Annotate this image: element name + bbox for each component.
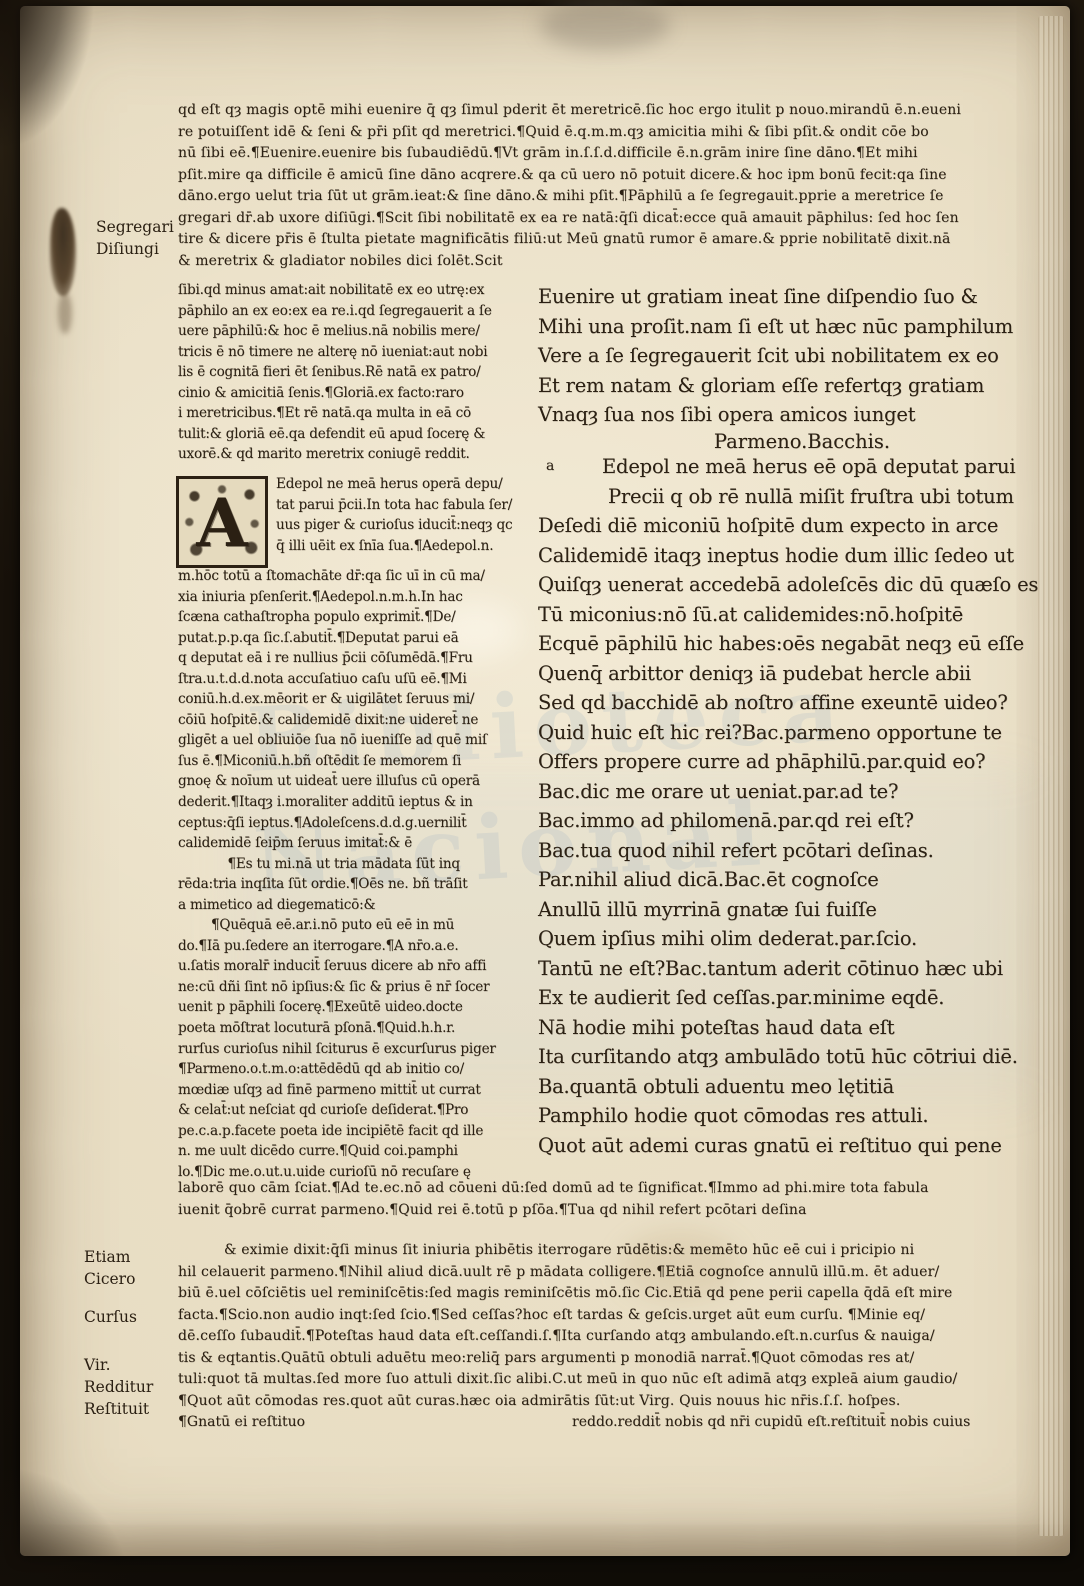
play-text-stanza1: Euenire ut gratiam ineat ſine diſpendio … <box>538 282 1066 430</box>
commentary-line: ceptus:q̄ſi ieptus.¶Adoleſcens.d.d.g.uer… <box>178 813 540 834</box>
play-verse-line: Sed qd bacchidē ab noſtro affine exeuntē… <box>538 688 1068 718</box>
play-verse-line: Ecquē pāphilū hic habes:oēs negabāt neqȝ… <box>538 629 1068 659</box>
commentary-line: dāno.ergo uelut tria ſūt ut grām.ieat:& … <box>178 186 1068 208</box>
commentary-line: lis ē cognitā fieri ēt ſenibus.Rē natā e… <box>178 362 540 383</box>
play-verse-line: Pamphilo hodie quot cōmodas res attuli. <box>538 1101 1068 1131</box>
play-text-stanza3: Deſedi diē miconiū hoſpitē dum expecto i… <box>538 511 1068 1160</box>
commentary-line: qd eſt qȝ magis optē mihi euenire q̄ qȝ … <box>178 100 1068 122</box>
play-verse-line: Quiſqȝ uenerat accedebā adoleſcēs dic dū… <box>538 570 1068 600</box>
commentary-line: laborē quo cām ſciat.¶Ad te.ec.nō ad cōu… <box>178 1178 1068 1200</box>
play-verse-line: Vnaqȝ ſua nos ſibi opera amicos iunget <box>538 400 1066 430</box>
play-verse-line: Ita curſitando atqȝ ambulādo totū hūc cō… <box>538 1042 1068 1072</box>
initial-paragraph-lines: Edepol ne meā herus operā depu/tat parui… <box>276 472 512 568</box>
margin-note-vir: Vir. <box>84 1354 111 1376</box>
play-verse-line: Anullū illū myrrinā gnatæ ſui fuiſſe <box>538 895 1068 925</box>
commentary-line: n. me uult dicēdo curre.¶Quid coi.pamphi <box>178 1141 540 1162</box>
commentary-line: dederit.¶Itaqȝ i.moraliter additū ieptus… <box>178 792 540 813</box>
play-verse-line: Ex te audierit ſed ceſſas.par.minime eqd… <box>538 983 1068 1013</box>
commentary-line: & celat̄:ut neſciat qd curioſe deſiderat… <box>178 1100 540 1121</box>
final-line-left: ¶Gnatū ei reſtituo <box>178 1412 305 1434</box>
commentary-line: i meretricibus.¶Et rē natā.qa multa in e… <box>178 403 540 424</box>
commentary-line: rurſus curioſus nihil ſciturus ē excurſu… <box>178 1039 540 1060</box>
commentary-line: nū ſibi eē.¶Euenire.euenire bis ſubaudiē… <box>178 143 1068 165</box>
play-verse-line: Edepol ne meā herus eē opā deputat parui <box>602 452 1066 482</box>
commentary-line: q deputat eā i re nullius p̄cii cōſumēdā… <box>178 648 540 669</box>
commentary-line: rēda:tria inqſita ſūt ordie.¶Oēs ne. bñ … <box>178 874 540 895</box>
commentary-line: uenit p pāphili ſocerę.¶Exeūtē uideo.doc… <box>178 997 540 1018</box>
commentary-line: tuli:quot tā multas.ſed more ſuo attuli … <box>178 1369 1068 1391</box>
play-verse-line: Par.nihil aliud dicā.Bac.ēt cognoſce <box>538 865 1068 895</box>
commentary-line: uus piger & curioſus iducit̄:neqȝ qc <box>276 515 512 536</box>
commentary-line: & meretrix & gladiator nobiles dici ſolē… <box>178 251 1068 273</box>
margin-note-etiam: Etiam <box>84 1246 130 1268</box>
commentary-line: ne:cū dñi ſint nō ipſius:& ſic & prius ē… <box>178 977 540 998</box>
commentary-line: ſtra.u.t.d.d.nota accuſatiuo caſu uſū eē… <box>178 669 540 690</box>
commentary-line: ſcæna cathaſtropha populo exprimit̄.¶De/ <box>178 607 540 628</box>
commentary-line: Edepol ne meā herus operā depu/ <box>276 474 512 495</box>
commentary-line: xia iniuria pſenſerit.¶Aedepol.n.m.h.In … <box>178 587 540 608</box>
commentary-line: do.¶Iā pu.ſedere an iterrogare.¶A nr̄o.a… <box>178 936 540 957</box>
stain-top <box>540 0 670 50</box>
corner-shadow-top-left <box>0 0 95 150</box>
play-verse-line: Quenq̄ arbittor deniqȝ iā pudebat hercle… <box>538 659 1068 689</box>
play-verse-line: Euenire ut gratiam ineat ſine diſpendio … <box>538 282 1066 312</box>
play-verse-line: Nā hodie mihi poteſtas haud data eſt <box>538 1013 1068 1043</box>
commentary-line: gnoę & noīum ut uideat̄ uere illuſus cū … <box>178 771 540 792</box>
play-verse-line: Et rem natam & gloriam eſſe refertqȝ gra… <box>538 371 1066 401</box>
commentary-line: coniū.h.d.ex.mēorit er & uigilātet ſeruu… <box>178 689 540 710</box>
commentary-line: ¶Parmeno.o.t.m.o:attēdēdū qd ab initio c… <box>178 1059 540 1080</box>
commentary-line: tire & dicere pr̄is ē ſtulta pietate mag… <box>178 229 1068 251</box>
commentary-top-block: qd eſt qȝ magis optē mihi euenire q̄ qȝ … <box>178 100 1068 272</box>
commentary-line: m.hōc totū a ſtomachāte dr̄:qa ſic uī in… <box>178 566 540 587</box>
margin-note-segregari: Segregari <box>96 216 174 238</box>
commentary-left-column-upper: ſibi.qd minus amat:ait nobilitatē ex eo … <box>178 280 540 465</box>
play-verse-line: Tū miconius:nō ſū.at calidemides:nō.hoſp… <box>538 600 1068 630</box>
commentary-line: cōiū hoſpitē.& calidemidē dixit:ne uider… <box>178 710 540 731</box>
play-text-stanza2: Edepol ne meā herus eē opā deputat parui… <box>602 452 1066 511</box>
commentary-line: tulit:& gloriā eē.qa defendit eū apud ſo… <box>178 424 540 445</box>
commentary-line: pe.c.a.p.facete poeta ide incipiētē faci… <box>178 1121 540 1142</box>
commentary-line: gligēt a uel obliuiōe ſua nō iueniſſe ad… <box>178 730 540 751</box>
margin-note-cursus: Curſus <box>84 1306 137 1328</box>
commentary-line: gregari dr̄.ab uxore diſiūgi.¶Scit ſibi … <box>178 208 1068 230</box>
play-verse-line: Ba.quantā obtuli aduentu meo lętitiā <box>538 1072 1068 1102</box>
play-verse-line: Offers propere curre ad phāphilū.par.qui… <box>538 747 1068 777</box>
ink-smudge <box>50 208 76 296</box>
book-page-photo: Biblioteca Nacional Segregari Diſiungi q… <box>0 0 1084 1586</box>
final-line-right: reddo.reddit̄ nobis qd nr̄i cupidū eſt.r… <box>572 1412 970 1434</box>
play-verse-line: Vere a ſe ſegregauerit ſcit ubi nobilita… <box>538 341 1066 371</box>
commentary-line: q̄ illi uēit ex ſnīa ſua.¶Aedepol.n. <box>276 536 512 557</box>
margin-note-restituit: Reſtituit <box>84 1398 149 1420</box>
play-verse-line: Mihi una proſit.nam ſi eſt ut hæc nūc pa… <box>538 312 1066 342</box>
scene-siglum: a <box>546 452 554 482</box>
commentary-line: putat.p.p.qa ſic.ſ.abutit̄.¶Deputat paru… <box>178 628 540 649</box>
play-verse-line: Tantū ne eſt?Bac.tantum aderit cōtinuo h… <box>538 954 1068 984</box>
ink-smudge-tail <box>58 292 72 334</box>
commentary-left-column-lower: m.hōc totū a ſtomachāte dr̄:qa ſic uī in… <box>178 566 540 1182</box>
play-verse-line: Calidemidē itaqȝ ineptus hodie dum illic… <box>538 541 1068 571</box>
play-verse-line: Deſedi diē miconiū hoſpitē dum expecto i… <box>538 511 1068 541</box>
initial-paragraph-row: A Edepol ne meā herus operā depu/tat par… <box>176 472 540 568</box>
commentary-line: iuenit q̄obrē currat parmeno.¶Quid rei ē… <box>178 1200 1068 1222</box>
commentary-line: re potuiſſent idē & ſeni & pr̄i pſit qd … <box>178 122 1068 144</box>
margin-note-disiungi: Diſiungi <box>96 238 159 260</box>
commentary-line: poeta mōſtrat locuturā pſonā.¶Quid.h.h.r… <box>178 1018 540 1039</box>
decorated-woodcut-initial: A <box>176 476 268 568</box>
margin-note-cicero: Cicero <box>84 1268 135 1290</box>
commentary-line: & eximie dixit:q̄ſi minus ſit iniuria ph… <box>178 1240 1068 1262</box>
commentary-line: ¶Quēquā eē.ar.i.nō puto eū eē in mū <box>178 915 540 936</box>
commentary-line: biū ē.uel cōſciētis uel reminiſcētis:ſed… <box>178 1283 1068 1305</box>
commentary-line: u.ſatis moralr̄ inducit̄ ſeruus dicere a… <box>178 956 540 977</box>
commentary-line: ¶Es tu mi.nā ut tria mādata ſūt inq <box>178 854 540 875</box>
commentary-line: pāphilo an ex eo:ex ea re.i.qd ſegregaue… <box>178 301 540 322</box>
play-verse-line: Precii q ob rē nullā miſit fruſtra ubi t… <box>602 482 1066 512</box>
commentary-line: uere pāphilū:& hoc ē melius.nā nobilis m… <box>178 321 540 342</box>
play-verse-line: Bac.tua quod nihil refert pcōtari deſina… <box>538 836 1068 866</box>
commentary-line: hil celauerit parmeno.¶Nihil aliud dicā.… <box>178 1262 1068 1284</box>
commentary-line: a mimetico ad diegematicō:& <box>178 895 540 916</box>
play-verse-line: Quid huic eſt hic rei?Bac.parmeno opport… <box>538 718 1068 748</box>
commentary-line: uxorē.& qd marito meretrix coniugē reddi… <box>178 444 540 465</box>
commentary-line: tricis ē nō timere ne alterę nō iueniat:… <box>178 342 540 363</box>
commentary-line: pſit.mire qa difficile ē amicū ſine dāno… <box>178 165 1068 187</box>
play-verse-line: Bac.immo ad philomenā.par.qd rei eſt? <box>538 806 1068 836</box>
commentary-bottom-block-a: laborē quo cām ſciat.¶Ad te.ec.nō ad cōu… <box>178 1178 1068 1221</box>
commentary-line: facta.¶Scio.non audio inqt:ſed ſcio.¶Sed… <box>178 1305 1068 1327</box>
commentary-bottom-block-b: & eximie dixit:q̄ſi minus ſit iniuria ph… <box>178 1240 1068 1412</box>
commentary-line: dē.ceſſo ſubaudit̄.¶Poteſtas haud data e… <box>178 1326 1068 1348</box>
initial-letter-A: A <box>179 481 265 565</box>
commentary-line: tis & eqtantis.Quātū obtuli aduētu meo:r… <box>178 1348 1068 1370</box>
commentary-line: ſibi.qd minus amat:ait nobilitatē ex eo … <box>178 280 540 301</box>
corner-shadow-bottom-left <box>0 1466 130 1586</box>
margin-note-redditur: Redditur <box>84 1376 153 1398</box>
commentary-line: mœdiæ uſqȝ ad finē parmeno mittit̄ ut cu… <box>178 1080 540 1101</box>
commentary-line: ¶Quot aūt cōmodas res.quot aūt curas.hæc… <box>178 1391 1068 1413</box>
commentary-line: calidemidē ſeip̄m ſeruus imitat̄:& ē <box>178 833 540 854</box>
play-verse-line: Quot aūt ademi curas gnatū ei reſtituo q… <box>538 1131 1068 1161</box>
play-verse-line: Quem ipſius mihi olim dederat.par.ſcio. <box>538 924 1068 954</box>
commentary-line: tat parui p̄cii.In tota hac fabula ſer/ <box>276 495 512 516</box>
commentary-line: ſus ē.¶Miconiū.h.bñ oſtēdit ſe memorem ſ… <box>178 751 540 772</box>
play-verse-line: Bac.dic me orare ut ueniat.par.ad te? <box>538 777 1068 807</box>
commentary-line: cinio & amicitiā ſenis.¶Gloriā.ex facto:… <box>178 383 540 404</box>
